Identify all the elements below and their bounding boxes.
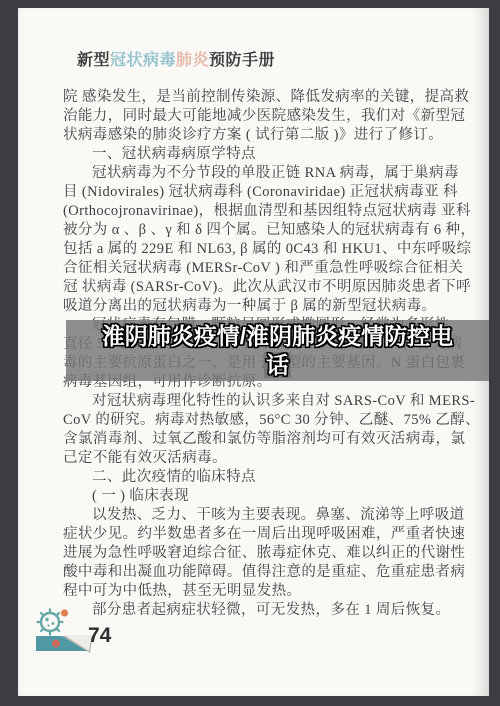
page-curl-icon bbox=[36, 635, 93, 653]
text-line: 目 (Nidovirales) 冠状病毒科 (Coronaviridae) 正冠… bbox=[63, 183, 437, 202]
text-line: CoV 的研究。病毒对热敏感，56°C 30 分钟、乙醚、75% 乙醇、 bbox=[63, 411, 437, 430]
text-line: 合征相关冠状病毒 (MERSr-CoV ) 和严重急性呼吸综合征相关 bbox=[63, 259, 437, 278]
page-header: 新型冠状病毒肺炎预防手册 bbox=[77, 47, 275, 70]
text-line: 酸中毒和出凝血功能障碍。值得注意的是重症、危重症患者病 bbox=[63, 563, 437, 582]
text-line: 以发热、乏力、干咳为主要表现。鼻塞、流涕等上呼吸道 bbox=[63, 506, 437, 525]
text-line: 冠状病毒为不分节段的单股正链 RNA 病毒，属于巢病毒 bbox=[63, 164, 437, 183]
header-title-suffix: 预防手册 bbox=[209, 52, 275, 69]
text-line: ( 一 ) 临床表现 bbox=[63, 487, 437, 506]
watermark-line1: 淮阴肺炎疫情/淮阴肺炎疫情防控电 bbox=[66, 322, 489, 350]
text-line: 被分为 α 、β 、γ 和 δ 四个属。已知感染人的冠状病毒有 6 种， bbox=[63, 221, 437, 240]
book-page: 新型冠状病毒肺炎预防手册 院 感染发生，是当前控制传染源、降低发病率的关键，提高… bbox=[18, 8, 489, 696]
text-line: 部分患者起病症状轻微，可无发热，多在 1 周后恢复。 bbox=[63, 601, 437, 620]
watermark-overlay: 淮阴肺炎疫情/淮阴肺炎疫情防控电 话 bbox=[66, 320, 489, 381]
text-line: 程中可为中低热，甚至无明显发热。 bbox=[63, 582, 437, 601]
virus-icon bbox=[38, 609, 69, 634]
text-line: 吸道分离出的冠状病毒为一种属于 β 属的新型冠状病毒。 bbox=[63, 297, 437, 316]
text-line: 含氯消毒剂、过氧乙酸和氯仿等脂溶剂均可有效灭活病毒，氯 bbox=[63, 430, 437, 449]
header-title-pneumonia: 肺炎 bbox=[176, 52, 209, 69]
watermark-line2: 话 bbox=[66, 350, 489, 380]
text-line: 一、冠状病毒病原学特点 bbox=[63, 145, 437, 164]
text-line: 包括 a 属的 229E 和 NL63, β 属的 0C43 和 HKU1、中东… bbox=[63, 240, 437, 259]
page-number: 74 bbox=[88, 624, 111, 648]
header-title-prefix: 新型 bbox=[77, 52, 110, 69]
text-line: 治能力，同时最大可能地减少医院感染发生，我们对《新型冠 bbox=[63, 107, 437, 126]
text-line: 状病毒感染的肺炎诊疗方案 ( 试行第二版 )》进行了修订。 bbox=[63, 126, 437, 145]
text-line: (Orthocojronavirinae)，根据血清型和基因组特点冠状病毒 亚科 bbox=[63, 202, 437, 221]
text-line: 院 感染发生，是当前控制传染源、降低发病率的关键，提高救 bbox=[63, 88, 437, 107]
text-line: 己定不能有效灭活病毒。 bbox=[63, 449, 437, 468]
text-line: 二、此次疫情的临床特点 bbox=[63, 468, 437, 487]
text-line: 症状少见。约半数患者多在一周后出现呼吸困难，严重者快速 bbox=[63, 525, 437, 544]
text-line: 冠 状病毒 (SARSr-CoV)。此次从武汉市不明原因肺炎患者下呼 bbox=[63, 278, 437, 297]
header-title-coronavirus: 冠状病毒 bbox=[110, 52, 176, 69]
text-line: 对冠状病毒理化特性的认识多来自对 SARS-CoV 和 MERS- bbox=[63, 392, 437, 411]
text-line: 进展为急性呼吸窘迫综合征、脓毒症休克、难以纠正的代谢性 bbox=[63, 544, 437, 563]
